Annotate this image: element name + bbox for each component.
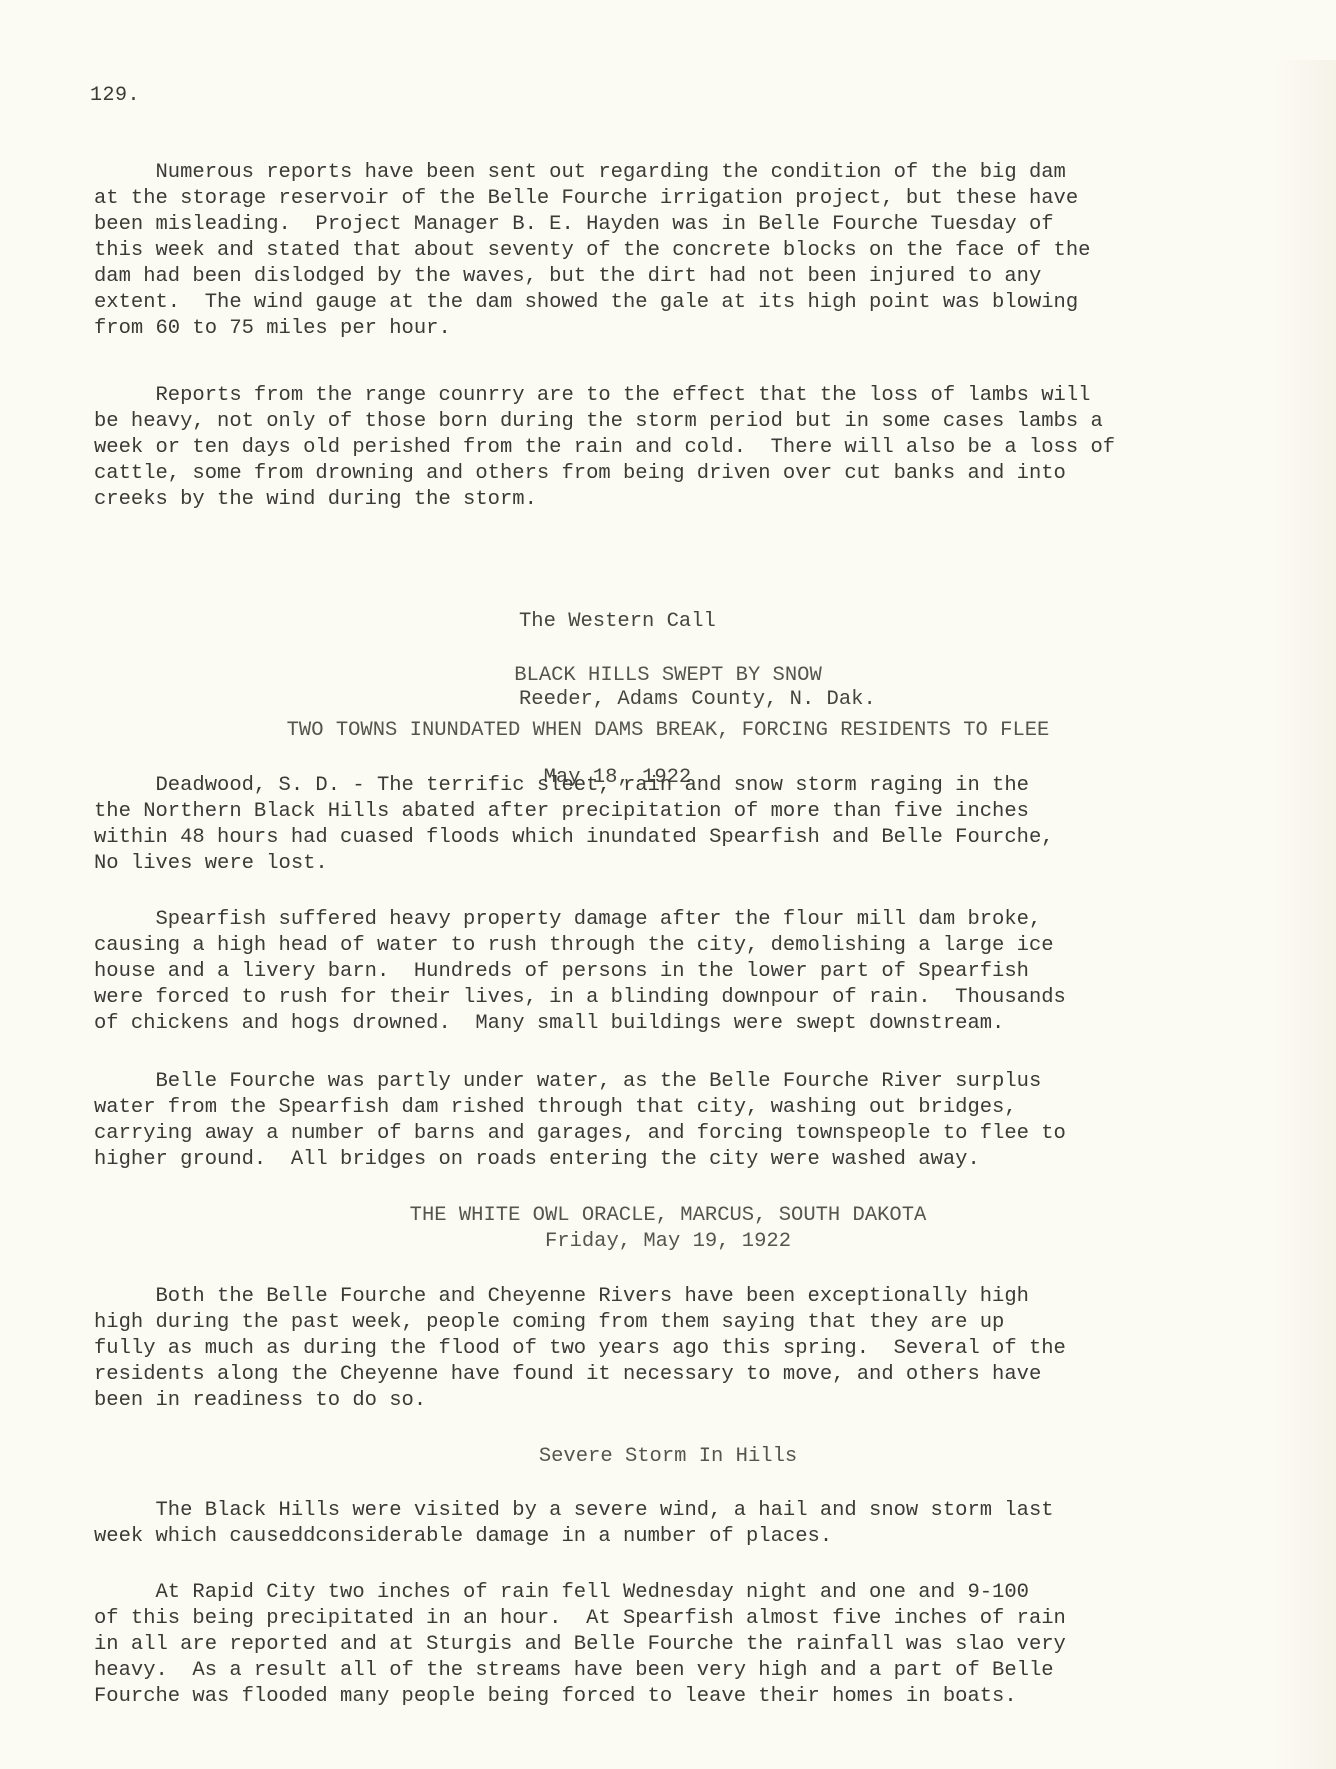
paragraph-rivers-high: Both the Belle Fourche and Cheyenne Rive… (94, 1284, 1184, 1414)
text-line: of this being precipitated in an hour. A… (94, 1606, 1184, 1632)
paragraph-dam-reports: Numerous reports have been sent out rega… (94, 160, 1184, 342)
text-line: causing a high head of water to rush thr… (94, 933, 1184, 959)
paragraph-deadwood: Deadwood, S. D. - The terrific sleet, ra… (94, 773, 1184, 877)
headline-severe-storm: Severe Storm In Hills (0, 1444, 1336, 1470)
text-line: At Rapid City two inches of rain fell We… (94, 1580, 1184, 1606)
source-white-owl-date: Friday, May 19, 1922 (0, 1229, 1336, 1255)
text-line: were forced to rush for their lives, in … (94, 985, 1184, 1011)
text-line: Fourche was flooded many people being fo… (94, 1684, 1184, 1710)
page-number: 129. (90, 84, 140, 107)
paragraph-belle-fourche: Belle Fourche was partly under water, as… (94, 1069, 1184, 1173)
text-line: Both the Belle Fourche and Cheyenne Rive… (94, 1284, 1184, 1310)
text-line: heavy. As a result all of the streams ha… (94, 1658, 1184, 1684)
text-line: extent. The wind gauge at the dam showed… (94, 290, 1184, 316)
text-line: fully as much as during the flood of two… (94, 1336, 1184, 1362)
text-line: been in readiness to do so. (94, 1388, 1184, 1414)
text-line: from 60 to 75 miles per hour. (94, 316, 1184, 342)
text-line: Deadwood, S. D. - The terrific sleet, ra… (94, 773, 1184, 799)
text-line: house and a livery barn. Hundreds of per… (94, 959, 1184, 985)
text-line: The Black Hills were visited by a severe… (94, 1498, 1184, 1524)
text-line: water from the Spearfish dam rished thro… (94, 1095, 1184, 1121)
paragraph-range-country: Reports from the range counrry are to th… (94, 383, 1184, 513)
paragraph-black-hills-visited: The Black Hills were visited by a severe… (94, 1498, 1184, 1550)
text-line: Belle Fourche was partly under water, as… (94, 1069, 1184, 1095)
paragraph-spearfish: Spearfish suffered heavy property damage… (94, 907, 1184, 1037)
text-line: at the storage reservoir of the Belle Fo… (94, 186, 1184, 212)
text-line: be heavy, not only of those born during … (94, 409, 1184, 435)
text-line: week which causeddconsiderable damage in… (94, 1524, 1184, 1550)
text-line: week or ten days old perished from the r… (94, 435, 1184, 461)
text-line: residents along the Cheyenne have found … (94, 1362, 1184, 1388)
text-line: carrying away a number of barns and gara… (94, 1121, 1184, 1147)
text-line: No lives were lost. (94, 851, 1184, 877)
text-line: high during the past week, people coming… (94, 1310, 1184, 1336)
text-line: this week and stated that about seventy … (94, 238, 1184, 264)
text-line: cattle, some from drowning and others fr… (94, 461, 1184, 487)
headline-black-hills: BLACK HILLS SWEPT BY SNOW (0, 663, 1336, 689)
source-newspaper: The Western Call (519, 609, 876, 635)
text-line: Reports from the range counrry are to th… (94, 383, 1184, 409)
source-location: Reeder, Adams County, N. Dak. (519, 687, 876, 713)
text-line: higher ground. All bridges on roads ente… (94, 1147, 1184, 1173)
text-line: creeks by the wind during the storm. (94, 487, 1184, 513)
text-line: the Northern Black Hills abated after pr… (94, 799, 1184, 825)
paper-edge (1276, 60, 1336, 1769)
text-line: of chickens and hogs drowned. Many small… (94, 1011, 1184, 1037)
subheadline-two-towns: TWO TOWNS INUNDATED WHEN DAMS BREAK, FOR… (0, 718, 1336, 744)
text-line: been misleading. Project Manager B. E. H… (94, 212, 1184, 238)
text-line: Spearfish suffered heavy property damage… (94, 907, 1184, 933)
text-line: dam had been dislodged by the waves, but… (94, 264, 1184, 290)
paragraph-rapid-city: At Rapid City two inches of rain fell We… (94, 1580, 1184, 1710)
source-white-owl-oracle: THE WHITE OWL ORACLE, MARCUS, SOUTH DAKO… (0, 1203, 1336, 1229)
text-line: Numerous reports have been sent out rega… (94, 160, 1184, 186)
document-page: 129. Numerous reports have been sent out… (0, 0, 1336, 1769)
text-line: in all are reported and at Sturgis and B… (94, 1632, 1184, 1658)
text-line: within 48 hours had cuased floods which … (94, 825, 1184, 851)
